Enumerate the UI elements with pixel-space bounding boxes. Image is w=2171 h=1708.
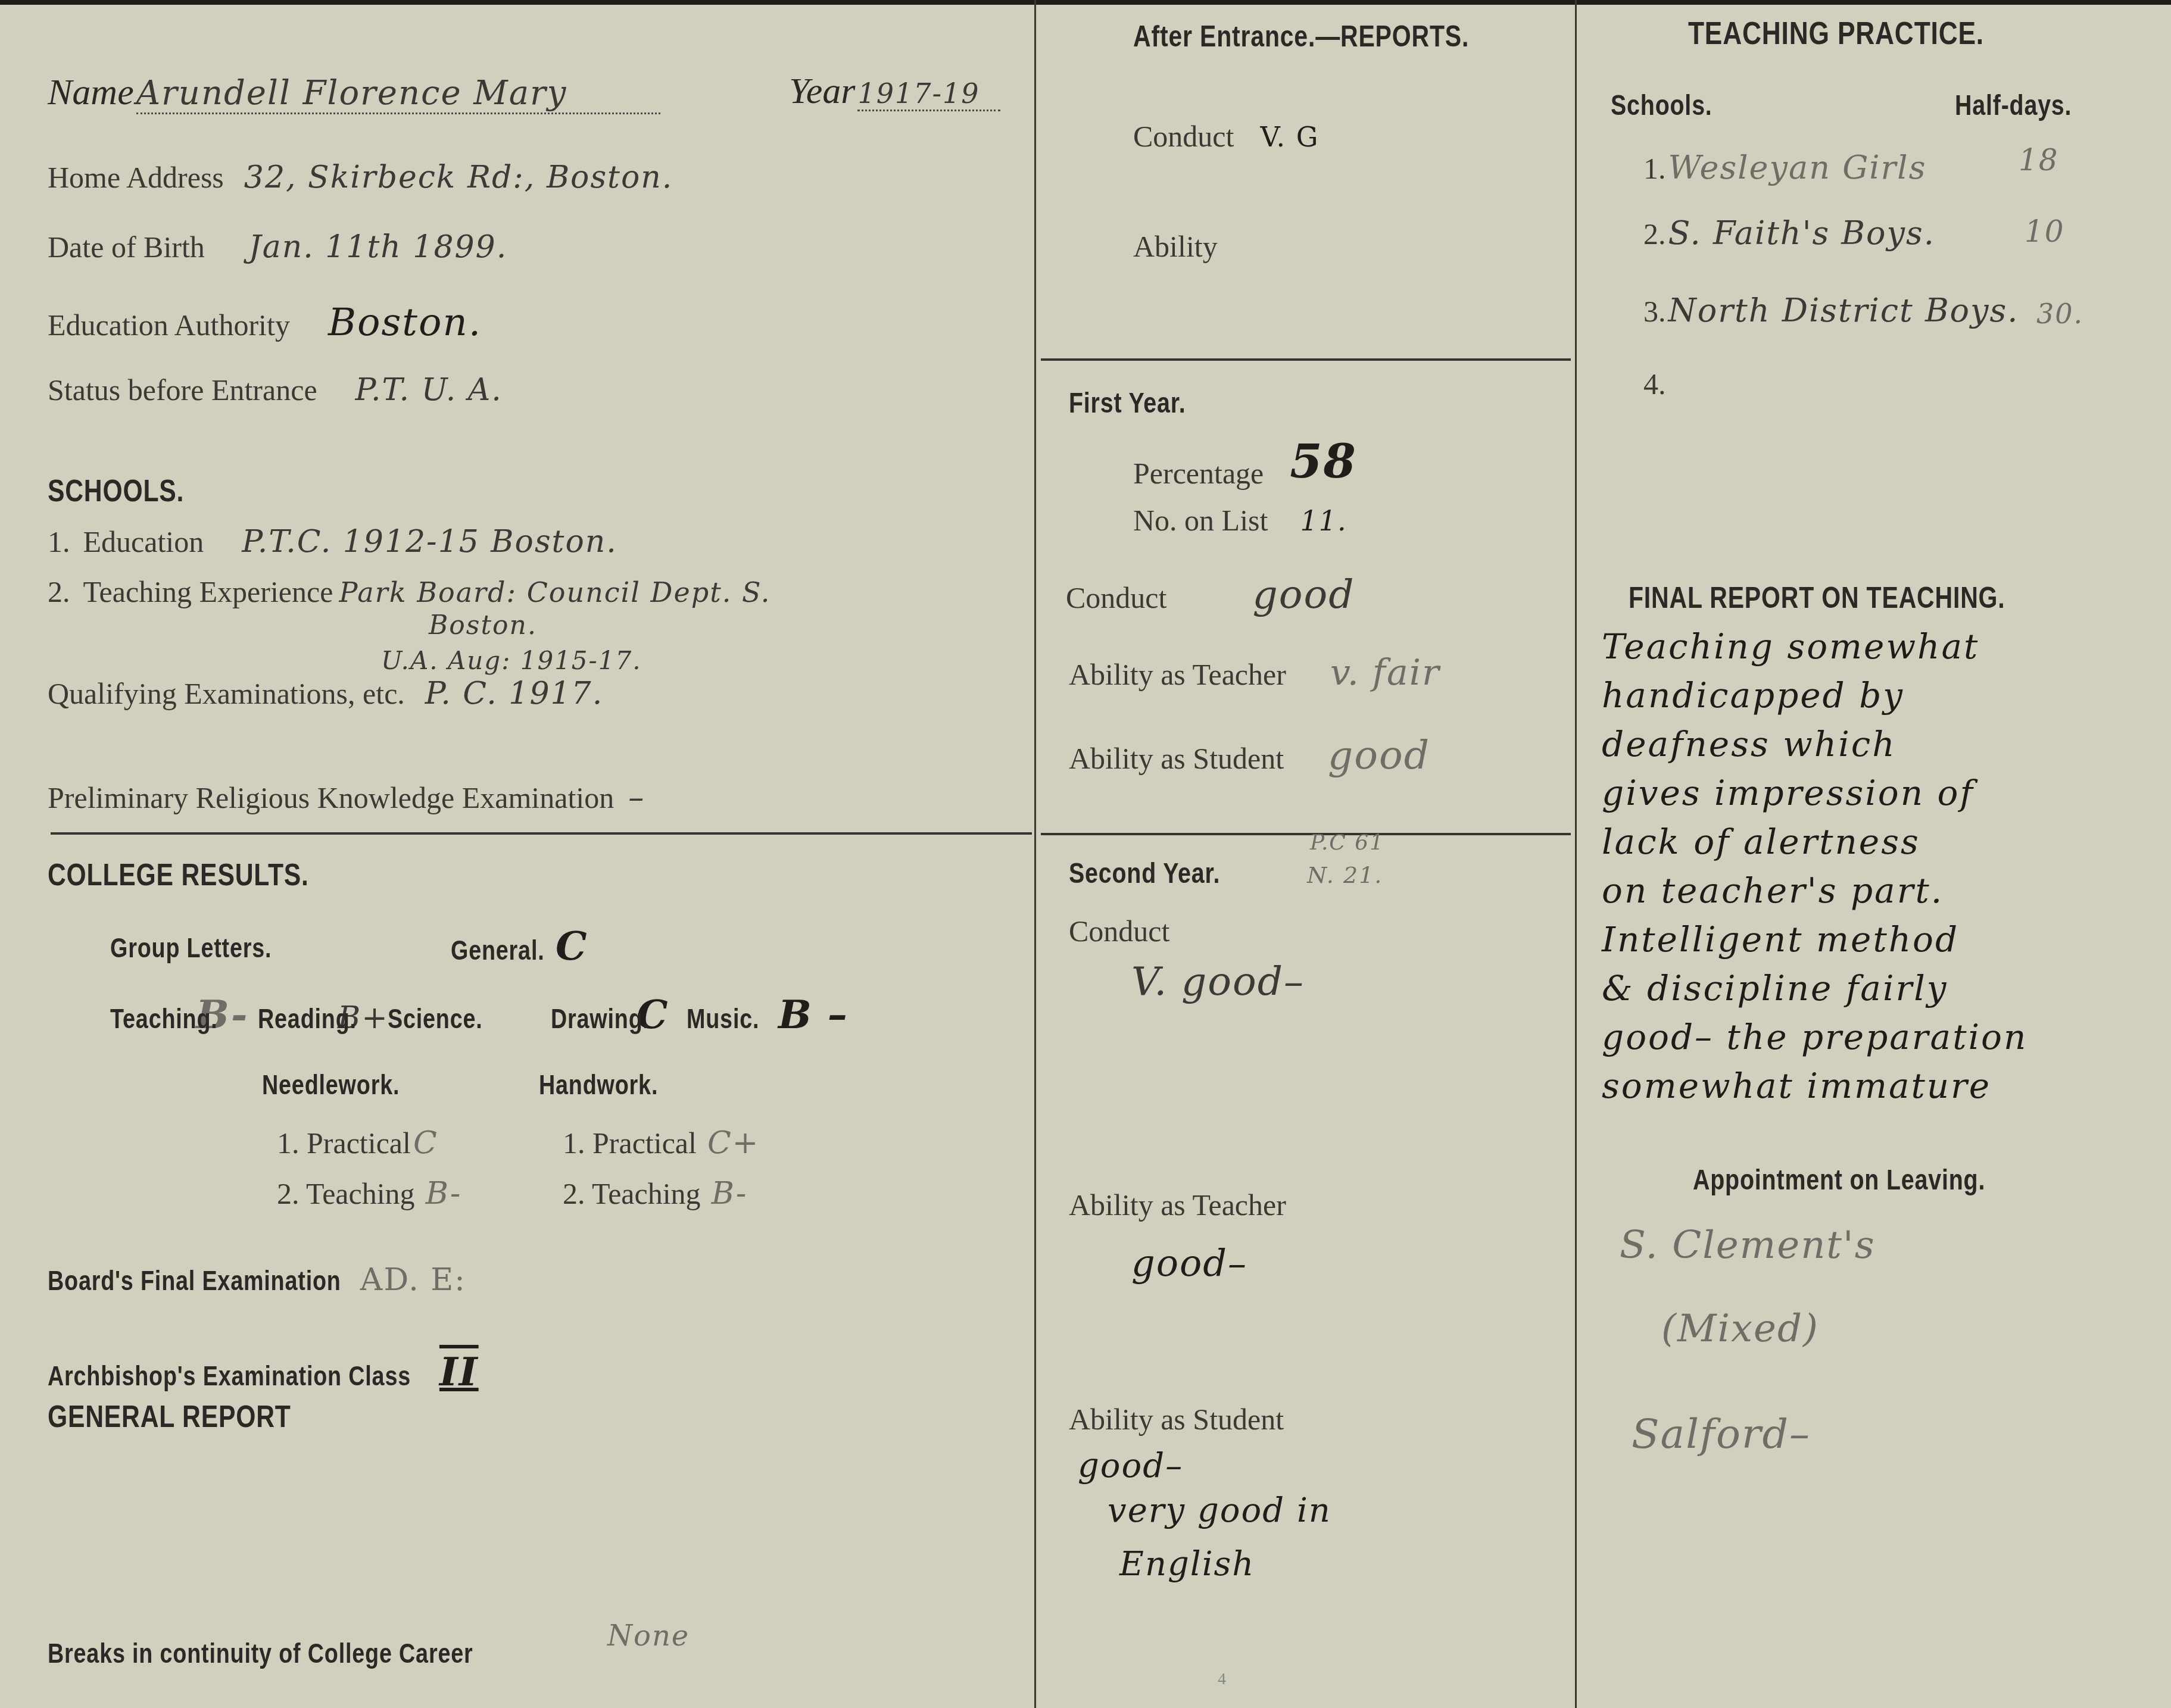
- dob-row: Date of Birth Jan. 11th 1899.: [48, 229, 507, 265]
- second-conduct-label: Conduct: [1069, 914, 1169, 948]
- first-teacher-label: Ability as Teacher: [1069, 658, 1286, 691]
- education-authority-label: Education Authority: [48, 308, 290, 342]
- qualifying-value: P. C. 1917.: [425, 676, 603, 711]
- second-student-value-1: good–: [1078, 1447, 1183, 1485]
- final-report-line: Teaching somewhat: [1602, 622, 2027, 671]
- name-row: Name Arundell Florence Mary: [48, 71, 660, 114]
- general-report-label: GENERAL REPORT: [48, 1399, 291, 1435]
- teaching-label: Teaching.: [110, 1003, 198, 1035]
- status-label: Status before Entrance: [48, 373, 317, 407]
- row-number: 4.: [1643, 367, 1666, 401]
- final-report-line: & discipline fairly: [1602, 964, 2027, 1013]
- handwork-label: Handwork.: [539, 1069, 658, 1101]
- education-authority-value: Boston.: [328, 301, 482, 345]
- practice-school: North District Boys.: [1668, 292, 2019, 329]
- entrance-ability-label: Ability: [1133, 229, 1218, 264]
- first-year-list-row: No. on List 11.: [1133, 503, 1347, 538]
- row-number: 2.: [1643, 217, 1666, 251]
- rule-college-results: [51, 832, 1032, 835]
- row-number: 3.: [1643, 295, 1666, 328]
- final-report-line: gives impression of: [1602, 769, 2027, 817]
- science-label: Science.: [388, 1003, 519, 1035]
- education-value: P.T.C. 1912-15 Boston.: [242, 524, 617, 560]
- schools-heading: SCHOOLS.: [48, 473, 184, 509]
- status-value: P.T. U. A.: [355, 372, 503, 408]
- practice-school: S. Faith's Boys.: [1668, 214, 1935, 252]
- practice-halfdays: 30.: [2036, 298, 2083, 330]
- column-divider-right: [1575, 0, 1577, 1708]
- final-report-line: Intelligent method: [1602, 915, 2027, 964]
- dob-label: Date of Birth: [48, 230, 205, 264]
- teaching-experience-value-1: Park Board: Council Dept. S.: [339, 576, 771, 608]
- appointment-line-3: Salford–: [1632, 1411, 1811, 1458]
- reading-label: Reading.: [258, 1003, 336, 1035]
- needlework-teaching-value: B-: [426, 1176, 462, 1211]
- archbishops-row: Archbishop's Examination Class II: [48, 1348, 479, 1395]
- appointment-line-1: S. Clement's: [1620, 1223, 1876, 1267]
- appointment-line-2: (Mixed): [1661, 1307, 1819, 1351]
- status-row: Status before Entrance P.T. U. A.: [48, 372, 503, 408]
- practice-row: 4.: [1643, 366, 1666, 402]
- boards-final-label: Board's Final Examination: [48, 1264, 341, 1297]
- education-authority-row: Education Authority Boston.: [48, 301, 482, 345]
- rule-first-year: [1041, 358, 1571, 361]
- final-report-line: on teacher's part.: [1602, 866, 2027, 915]
- practice-row: 1. Wesleyan Girls: [1643, 149, 1926, 186]
- column-divider-left: [1034, 0, 1036, 1708]
- final-report-text: Teaching somewhat handicapped by deafnes…: [1602, 622, 2027, 1110]
- schools-education-row: 1. Education P.T.C. 1912-15 Boston.: [48, 524, 617, 560]
- education-label: Education: [83, 525, 204, 558]
- archbishops-label: Archbishop's Examination Class: [48, 1360, 411, 1392]
- needlework-teaching-label: 2. Teaching: [277, 1177, 415, 1210]
- entrance-conduct-row: Conduct V. G: [1133, 119, 1320, 154]
- list-value: 11.: [1300, 505, 1347, 537]
- final-report-line: somewhat immature: [1602, 1061, 2027, 1110]
- needlework-label: Needlework.: [262, 1069, 400, 1101]
- second-conduct-value: V. good–: [1131, 958, 1305, 1004]
- second-student-label: Ability as Student: [1069, 1402, 1284, 1437]
- second-year-pc-note: P.C 61: [1310, 830, 1384, 855]
- dob-value: Jan. 11th 1899.: [249, 229, 507, 265]
- archbishops-value: II: [439, 1348, 479, 1395]
- teaching-experience-label: Teaching Experience: [83, 575, 333, 608]
- group-letters-label: Group Letters.: [110, 932, 272, 964]
- final-report-line: good– the preparation: [1602, 1013, 2027, 1061]
- home-address-label: Home Address: [48, 161, 224, 194]
- schools-header: Schools.: [1611, 89, 1713, 122]
- general-row: General. C: [451, 923, 588, 969]
- card-top-edge: [0, 0, 2171, 5]
- rule-second-year: [1041, 833, 1571, 835]
- qualifying-row: Qualifying Examinations, etc. P. C. 1917…: [48, 676, 603, 711]
- second-student-value-3: English: [1119, 1545, 1255, 1584]
- general-label: General.: [451, 934, 545, 966]
- teaching-experience-value-3: U.A. Aug: 1915-17.: [381, 646, 642, 675]
- needlework-practical-value: C: [413, 1125, 438, 1161]
- practice-row: 3. North District Boys.: [1643, 292, 2019, 329]
- practice-school: Wesleyan Girls: [1668, 149, 1927, 186]
- year-label: Year: [789, 71, 855, 111]
- first-student-label: Ability as Student: [1069, 742, 1284, 775]
- qualifying-label: Qualifying Examinations, etc.: [48, 677, 405, 710]
- first-student-value: good: [1328, 732, 1430, 778]
- first-year-teacher-row: Ability as Teacher v. fair: [1069, 652, 1440, 694]
- religious-row: Preliminary Religious Knowledge Examinat…: [48, 780, 645, 816]
- second-teacher-label: Ability as Teacher: [1069, 1188, 1286, 1222]
- first-year-conduct-row: Conduct good: [1066, 572, 1355, 617]
- first-year-student-row: Ability as Student good: [1069, 732, 1430, 778]
- list-label: No. on List: [1133, 504, 1268, 537]
- first-year-percentage-row: Percentage 58: [1133, 441, 1357, 495]
- first-teacher-value: v. fair: [1330, 652, 1440, 694]
- entrance-conduct-label: Conduct: [1133, 120, 1234, 153]
- practice-row: 2. S. Faith's Boys.: [1643, 214, 1935, 252]
- music-value: B –: [778, 991, 849, 1038]
- handwork-teaching-row: 2. Teaching B-: [563, 1176, 747, 1211]
- halfdays-header: Half-days.: [1955, 89, 2072, 122]
- final-report-line: lack of alertness: [1602, 817, 2027, 866]
- page-mark: 4: [1218, 1670, 1226, 1689]
- handwork-practical-row: 1. Practical C+: [563, 1125, 759, 1161]
- percentage-value: 58: [1290, 435, 1357, 489]
- second-year-n-note: N. 21.: [1307, 862, 1383, 888]
- percentage-label: Percentage: [1133, 457, 1264, 490]
- name-label: Name: [48, 72, 134, 113]
- final-report-line: handicapped by: [1602, 671, 2027, 720]
- first-year-heading: First Year.: [1069, 387, 1186, 420]
- teaching-practice-heading: TEACHING PRACTICE.: [1688, 15, 1984, 52]
- boards-final-value: AD. E:: [360, 1262, 466, 1298]
- breaks-value: None: [607, 1619, 690, 1653]
- boards-final-row: Board's Final Examination AD. E:: [48, 1262, 466, 1298]
- year-row: Year 1917-19: [789, 70, 1000, 113]
- general-value: C: [556, 923, 588, 969]
- needlework-practical-label: 1. Practical: [277, 1126, 411, 1160]
- second-teacher-value: good–: [1131, 1241, 1247, 1285]
- handwork-practical-value: C+: [707, 1125, 759, 1161]
- row-number: 1.: [1643, 152, 1666, 185]
- first-conduct-label: Conduct: [1066, 581, 1166, 614]
- schools-teaching-row: 2. Teaching Experience Park Board: Counc…: [48, 574, 771, 609]
- reports-heading: After Entrance.—REPORTS.: [1133, 19, 1469, 54]
- college-results-heading: COLLEGE RESULTS.: [48, 857, 309, 893]
- practice-halfdays: 10: [2025, 214, 2065, 249]
- religious-label: Preliminary Religious Knowledge Examinat…: [48, 781, 614, 814]
- home-address-value: 32, Skirbeck Rd:, Boston.: [244, 160, 673, 195]
- subject-grades-row: Teaching. B- Reading. B+ Science. Drawin…: [110, 991, 849, 1038]
- name-value: Arundell Florence Mary: [136, 74, 660, 114]
- second-year-heading: Second Year.: [1069, 857, 1220, 890]
- entrance-conduct-value: V. G: [1260, 121, 1319, 153]
- practice-halfdays: 18: [2019, 143, 2059, 177]
- final-report-heading: FINAL REPORT ON TEACHING.: [1629, 580, 2005, 615]
- year-value: 1917-19: [857, 77, 1000, 111]
- breaks-row: Breaks in continuity of College Career: [48, 1637, 566, 1669]
- final-report-line: deafness which: [1602, 720, 2027, 769]
- home-address-row: Home Address 32, Skirbeck Rd:, Boston.: [48, 160, 673, 195]
- needlework-teaching-row: 2. Teaching B-: [277, 1176, 461, 1211]
- handwork-practical-label: 1. Practical: [563, 1126, 697, 1160]
- music-label: Music.: [687, 1003, 760, 1035]
- appointment-heading: Appointment on Leaving.: [1693, 1164, 1985, 1197]
- breaks-label: Breaks in continuity of College Career: [48, 1637, 473, 1669]
- row-number: 1.: [48, 525, 70, 558]
- handwork-teaching-label: 2. Teaching: [563, 1177, 701, 1210]
- religious-value: –: [628, 780, 645, 816]
- needlework-practical-row: 1. Practical C: [277, 1125, 438, 1161]
- row-number: 2.: [48, 575, 70, 608]
- teaching-experience-value-2: Boston.: [429, 610, 537, 641]
- drawing-label: Drawing.: [551, 1003, 634, 1035]
- handwork-teaching-value: B-: [712, 1176, 748, 1211]
- first-conduct-value: good: [1252, 572, 1355, 617]
- second-student-value-2: very good in: [1108, 1491, 1331, 1530]
